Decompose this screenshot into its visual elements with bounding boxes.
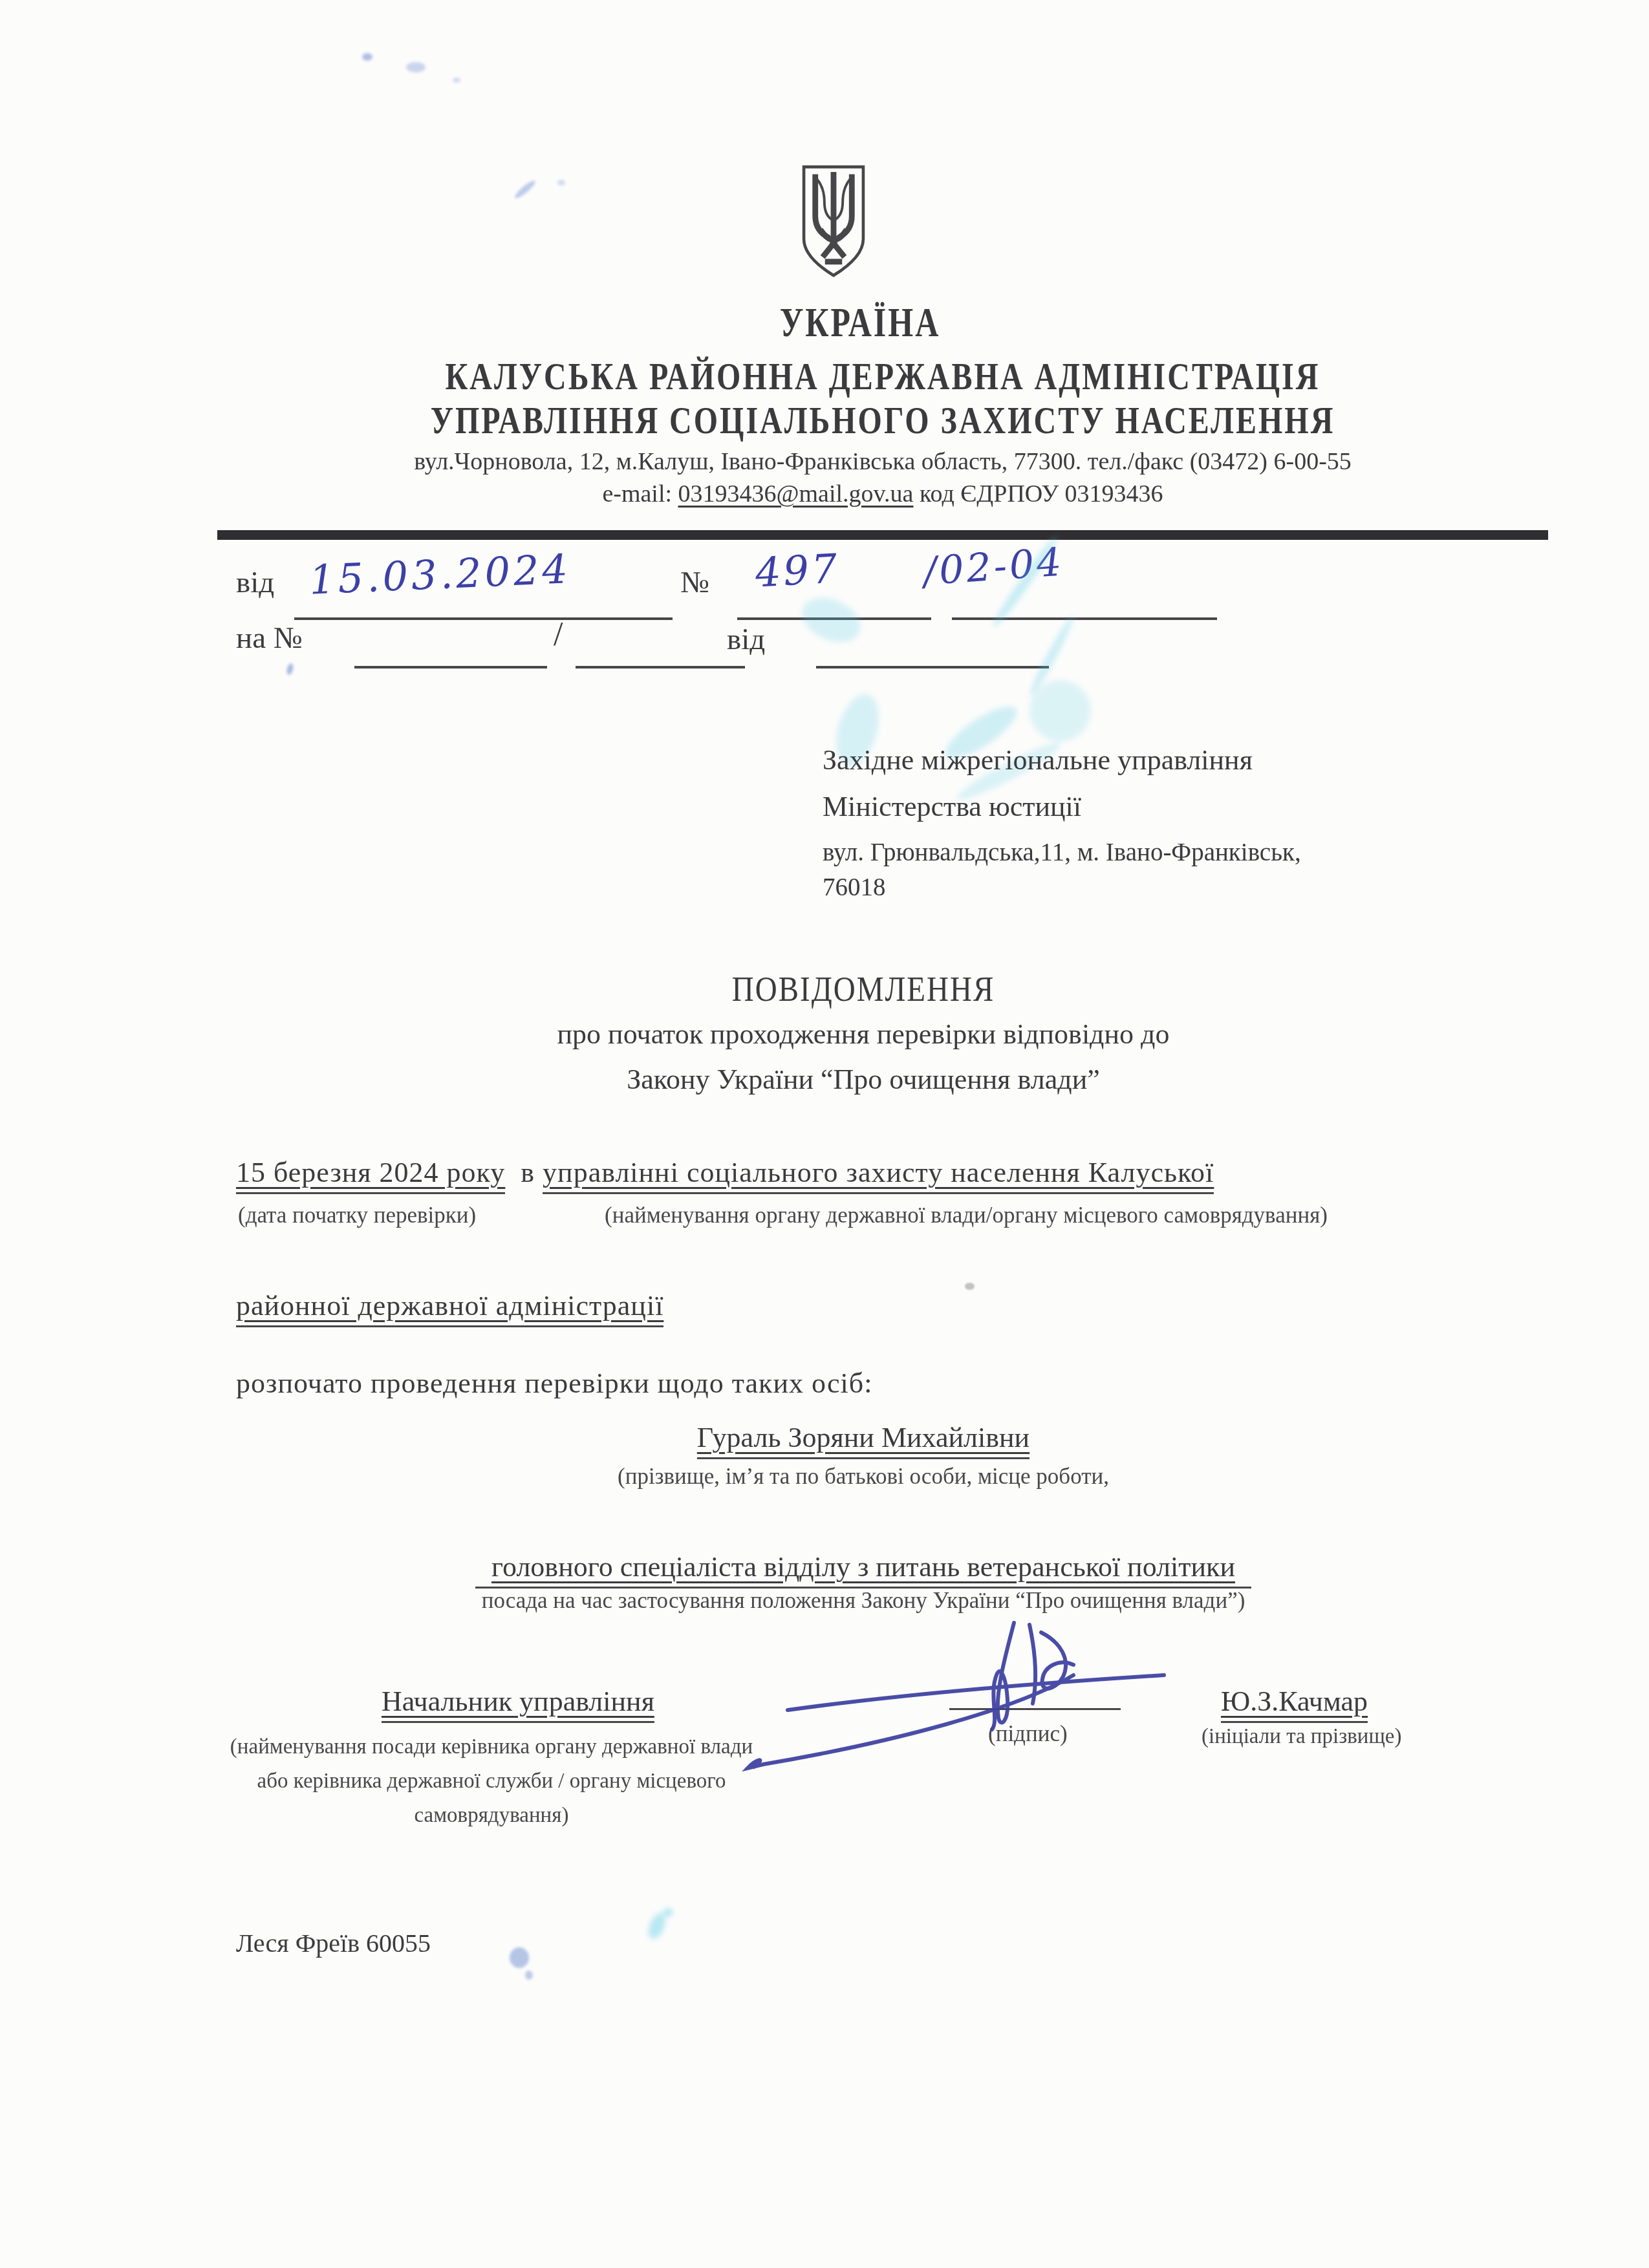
scanned-official-letter: УКРАЇНА КАЛУСЬКА РАЙОННА ДЕРЖАВНА АДМІНІ…: [0, 0, 1649, 2268]
ref-on-number-label: на №: [236, 621, 303, 656]
scan-speck: [453, 78, 460, 83]
scan-speck: [965, 1283, 975, 1290]
caption-signer-name: (ініціали та прізвище): [1202, 1725, 1402, 1749]
check-start-date: 15 березня 2024 року: [236, 1157, 505, 1194]
person-name-row: Гураль Зоряни Михайлівни: [213, 1421, 1513, 1454]
country-name: УКРАЇНА: [213, 299, 1507, 346]
ref-from-label: від: [236, 565, 274, 600]
caption-post-line2: або керівника державної служби / органу …: [213, 1770, 770, 1793]
recipient-line3: вул. Грюнвальдська,11, м. Івано-Франківс…: [823, 838, 1301, 867]
signer-post: Начальник управління: [382, 1685, 654, 1723]
scan-speck: [406, 62, 426, 72]
ref-on-number-blank-line: [354, 666, 547, 669]
ref-date-blank-line: [294, 617, 673, 620]
org-address: вул.Чорновола, 12, м.Калуш, Івано-Франкі…: [194, 447, 1571, 476]
org-email-line: e-mail: 03193436@mail.gov.ua код ЄДРПОУ …: [194, 480, 1571, 508]
conjunction-word: в: [521, 1157, 535, 1188]
conjunction: [505, 1157, 521, 1188]
ink-smudge: [510, 1947, 529, 1968]
org-name-line1: КАЛУСЬКА РАЙОННА ДЕРЖАВНА АДМІНІСТРАЦІЯ: [194, 354, 1571, 399]
recipient-line1: Західне міжрегіональне управління: [823, 744, 1253, 776]
check-org-name: управлінні соціального захисту населення…: [543, 1157, 1214, 1194]
ref-slash: /: [554, 615, 563, 654]
check-org-continued-text: районної державної адміністрації: [236, 1290, 663, 1327]
stamp-trace: [795, 589, 867, 650]
spacer: [535, 1157, 543, 1188]
scan-speck: [557, 180, 565, 186]
caption-check-date: (дата початку перевірки): [238, 1203, 476, 1228]
scan-speck: [286, 663, 294, 676]
caption-position: посада на час застосування положення Зак…: [213, 1588, 1513, 1614]
signer-name-row: Ю.З.Качмар: [1221, 1685, 1368, 1718]
intro-line: розпочато проведення перевірки щодо таки…: [236, 1367, 872, 1400]
ink-smudge: [663, 1909, 673, 1916]
handwritten-number: 497: [754, 545, 841, 597]
doc-title-line3: Закону України “Про очищення влади”: [213, 1063, 1513, 1096]
ref-index-blank-line: [952, 617, 1217, 620]
executor-line: Леся Фреїв 60055: [236, 1928, 431, 1958]
ref-on-number2-blank-line: [576, 666, 745, 669]
doc-title: ПОВІДОМЛЕННЯ: [213, 968, 1513, 1010]
check-org-continued: районної державної адміністрації: [236, 1289, 663, 1322]
recipient-line2: Міністерства юстиції: [823, 790, 1081, 823]
handwritten-date: 15.03.2024: [308, 545, 572, 604]
edrpou-code: код ЄДРПОУ 03193436: [913, 480, 1163, 508]
person-position-row: головного спеціаліста відділу з питань в…: [213, 1550, 1513, 1583]
person-name: Гураль Зоряни Михайлівни: [697, 1422, 1029, 1459]
person-position: головного спеціаліста відділу з питань в…: [475, 1551, 1251, 1589]
signer-name: Ю.З.Качмар: [1221, 1685, 1368, 1723]
signer-post-row: Начальник управління: [382, 1685, 654, 1718]
body-line1: 15 березня 2024 року в управлінні соціал…: [236, 1156, 1214, 1189]
stamp-trace: [1029, 680, 1091, 742]
caption-post-line3: самоврядування): [213, 1804, 770, 1828]
scan-speck: [513, 178, 537, 200]
caption-check-org: (найменування органу державної влади/орг…: [605, 1203, 1328, 1228]
doc-title-line2: про початок проходження перевірки відпов…: [213, 1018, 1513, 1051]
recipient-line4: 76018: [823, 873, 886, 902]
ref-from-label2: від: [727, 622, 765, 657]
scan-speck: [362, 53, 372, 61]
ref-from-blank-line: [816, 666, 1049, 669]
caption-post-line1: (найменування посади керівника органу де…: [213, 1735, 770, 1759]
trident-emblem-icon: [799, 163, 868, 290]
ref-number-label: №: [680, 565, 709, 600]
header-divider-rule: [217, 530, 1548, 540]
email-address: 03193436@mail.gov.ua: [678, 480, 914, 508]
handwritten-signature-icon: [711, 1620, 1177, 1788]
caption-person: (прізвище, ім’я та по батькові особи, мі…: [213, 1464, 1513, 1490]
org-name-line2: УПРАВЛІННЯ СОЦІАЛЬНОГО ЗАХИСТУ НАСЕЛЕННЯ: [194, 398, 1571, 443]
email-label: e-mail:: [602, 480, 678, 508]
ink-smudge: [525, 1971, 533, 1980]
